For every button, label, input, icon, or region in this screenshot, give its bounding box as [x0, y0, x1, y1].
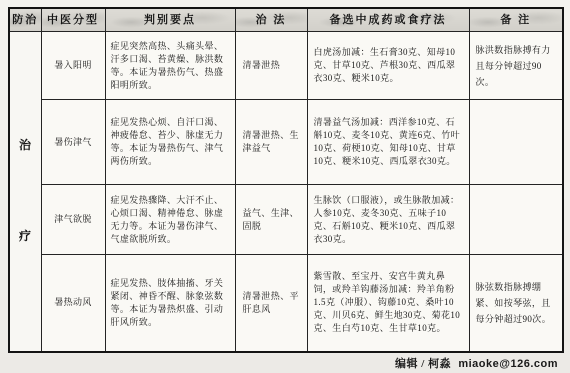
syndrome-type: 暑伤津气 — [41, 100, 105, 185]
key-points: 症见发热、肢体抽搐、牙关紧闭、神昏不醒、脉象弦数等。本证为暑热炽盛、引动肝风所致… — [105, 255, 235, 352]
medicine-recipe: 白虎汤加减：生石膏30克、知母10克、甘草10克、芦根30克、西瓜翠衣30克、粳… — [307, 32, 469, 100]
tcm-treatment-table: 防治 中医分型 判别要点 治 法 备选中成药或食疗法 备 注 治 疗 暑入阳明 … — [8, 7, 564, 353]
key-points: 症见突然高热、头痛头晕、汗多口渴、苔黄燥、脉洪数等。本证为暑热伤气、热盛阳明所致… — [105, 32, 235, 100]
treatment-method: 清暑泄热、生津益气 — [235, 100, 307, 185]
scanned-document-page: 防治 中医分型 判别要点 治 法 备选中成药或食疗法 备 注 治 疗 暑入阳明 … — [0, 0, 570, 373]
col-header-note: 备 注 — [469, 8, 563, 32]
syndrome-type: 暑入阳明 — [41, 32, 105, 100]
col-header-syndrome-type: 中医分型 — [41, 8, 105, 32]
note — [469, 100, 563, 185]
col-header-treatment: 治 法 — [235, 8, 307, 32]
col-header-key-points: 判别要点 — [105, 8, 235, 32]
note: 脉弦数指脉搏绷紧、如按琴弦，且每分钟超过90次。 — [469, 255, 563, 352]
editor-credit-email: miaoke@126.com — [458, 358, 558, 370]
note: 脉洪数指脉搏有力且每分钟超过90次。 — [469, 32, 563, 100]
medicine-recipe: 清暑益气汤加减：西洋参10克、石斛10克、麦冬10克、黄连6克、竹叶10克、荷梗… — [307, 100, 469, 185]
syndrome-type: 暑热动风 — [41, 255, 105, 352]
table-row-shu-re-dong-feng: 暑热动风 症见发热、肢体抽搐、牙关紧闭、神昏不醒、脉象弦数等。本证为暑热炽盛、引… — [9, 255, 563, 352]
prevention-merged-cell: 治 疗 — [9, 32, 41, 352]
col-header-prevention: 防治 — [9, 8, 41, 32]
table-row-shu-shang-jin-qi: 暑伤津气 症见发热心烦、自汗口渴、神疲倦怠、苔少、脉虚无力等。本证为暑热伤气、津… — [9, 100, 563, 185]
treatment-method: 清暑泄热 — [235, 32, 307, 100]
table-row-jin-qi-yu-tuo: 津气欲脱 症见发热骤降、大汗不止、心烦口渴、精神倦怠、脉虚无力等。本证为暑伤津气… — [9, 185, 563, 255]
medicine-recipe: 生脉饮（口服液），或生脉散加减：人参10克、麦冬30克、五味子10克、石斛10克… — [307, 185, 469, 255]
treatment-method: 益气、生津、固脱 — [235, 185, 307, 255]
editor-credit: 编辑 / 柯淼 miaoke@126.com — [395, 355, 558, 371]
key-points: 症见发热心烦、自汗口渴、神疲倦怠、苔少、脉虚无力等。本证为暑热伤气、津气两伤所致… — [105, 100, 235, 185]
medicine-recipe: 紫雪散、至宝丹、安宫牛黄丸鼻饲，或羚羊钩藤汤加减：羚羊角粉1.5克（冲服）、钩藤… — [307, 255, 469, 352]
note — [469, 185, 563, 255]
prevention-char-liao: 疗 — [19, 230, 31, 243]
header-row: 防治 中医分型 判别要点 治 法 备选中成药或食疗法 备 注 — [9, 8, 563, 32]
syndrome-type: 津气欲脱 — [41, 185, 105, 255]
table-row-shu-ru-yang-ming: 治 疗 暑入阳明 症见突然高热、头痛头晕、汗多口渴、苔黄燥、脉洪数等。本证为暑热… — [9, 32, 563, 100]
editor-credit-name: 编辑 / 柯淼 — [395, 358, 451, 370]
treatment-method: 清暑泄热、平肝息风 — [235, 255, 307, 352]
key-points: 症见发热骤降、大汗不止、心烦口渴、精神倦怠、脉虚无力等。本证为暑伤津气、气虚欲脱… — [105, 185, 235, 255]
prevention-char-zhi: 治 — [19, 139, 31, 152]
col-header-medicine: 备选中成药或食疗法 — [307, 8, 469, 32]
